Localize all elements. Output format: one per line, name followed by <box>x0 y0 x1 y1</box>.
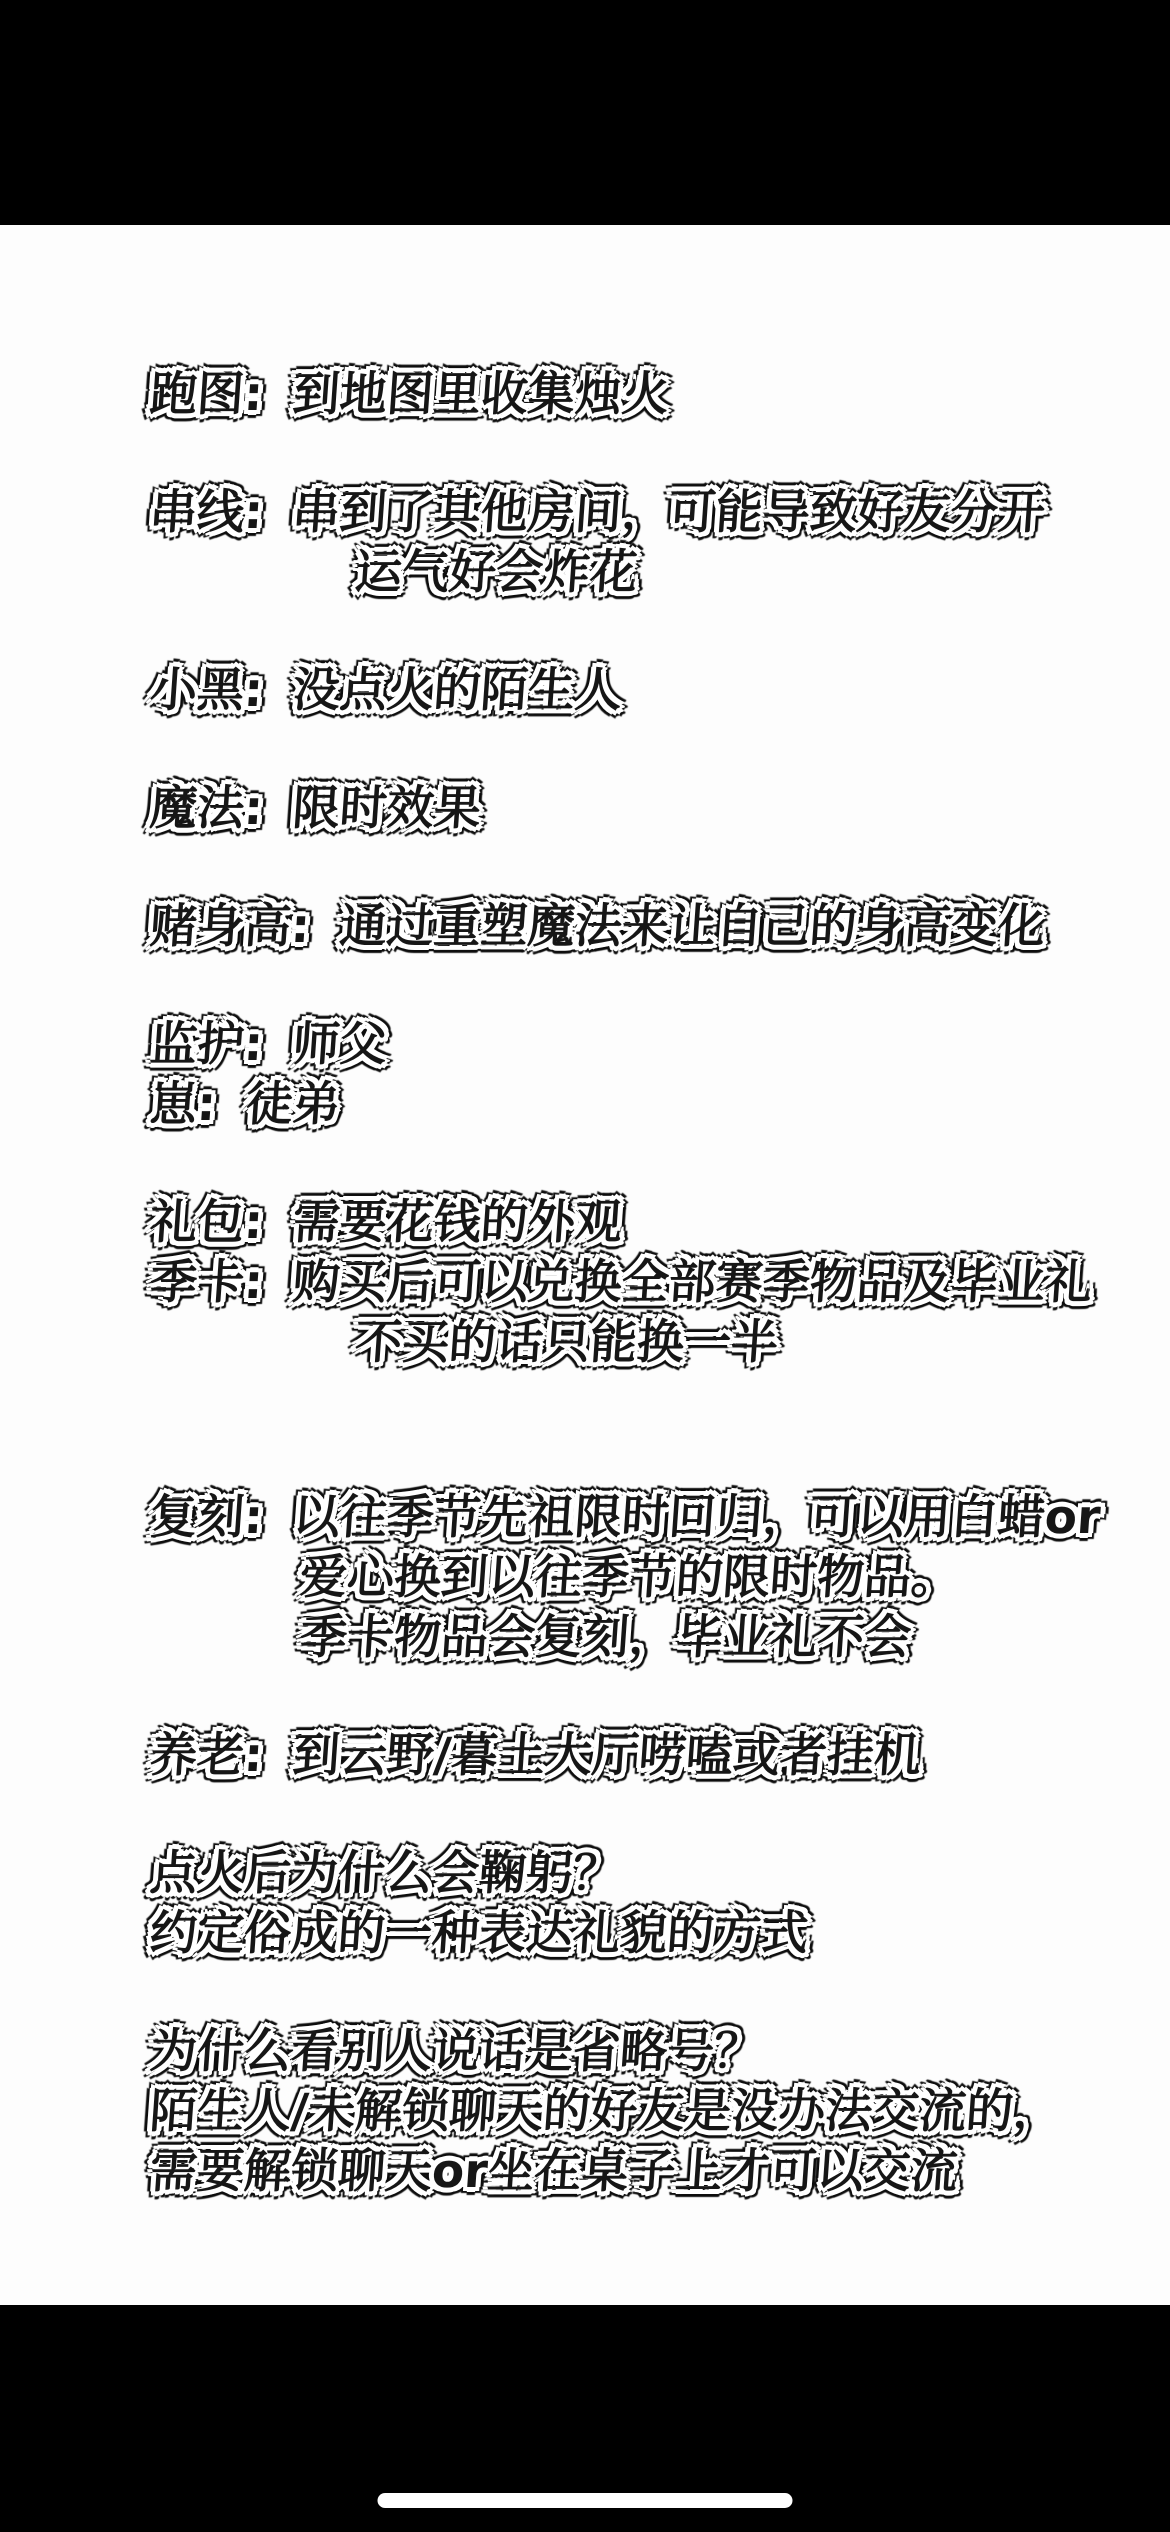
definition: 通过重塑魔法来让自己的身高变化 <box>338 899 1047 954</box>
glossary-line: 崽:徒弟 <box>148 1075 1162 1135</box>
glossary-entry: 魔法:限时效果 <box>150 779 1160 839</box>
phone-screen: 跑图:到地图里收集烛火串线:串到了其他房间，可能导致好友分开运气好会炸花小黑:没… <box>0 0 1170 2532</box>
definition: 购买后可以兑换全部赛季物品及毕业礼 <box>291 1255 1094 1310</box>
glossary-line: 赌身高:通过重塑魔法来让自己的身高变化 <box>148 897 1162 957</box>
term: 跑图: <box>148 367 265 422</box>
glossary-line: 约定俗成的一种表达礼貌的方式 <box>148 1904 1162 1964</box>
glossary-line: 季卡物品会复刻，毕业礼不会 <box>298 1608 1162 1668</box>
glossary-line: 陌生人/未解锁聊天的好友是没办法交流的， <box>148 2082 1162 2142</box>
term: 季卡: <box>148 1255 265 1310</box>
glossary-line: 爱心换到以往季节的限时物品。 <box>298 1548 1162 1608</box>
home-indicator[interactable] <box>378 2493 793 2508</box>
glossary-line: 养老:到云野/暮土大厅唠嗑或者挂机 <box>148 1726 1162 1786</box>
glossary-image: 跑图:到地图里收集烛火串线:串到了其他房间，可能导致好友分开运气好会炸花小黑:没… <box>0 225 1170 2305</box>
definition: 到地图里收集烛火 <box>291 367 671 422</box>
definition: 徒弟 <box>244 1077 342 1132</box>
glossary-entry: 点火后为什么会鞠躬？约定俗成的一种表达礼貌的方式 <box>150 1844 1160 1964</box>
glossary-line: 魔法:限时效果 <box>148 779 1162 839</box>
definition: 没点火的陌生人 <box>291 663 624 718</box>
glossary-line: 礼包:需要花钱的外观 <box>148 1193 1162 1253</box>
glossary-line: 运气好会炸花 <box>353 543 1162 603</box>
term: 小黑: <box>148 663 265 718</box>
term: 赌身高: <box>148 899 312 954</box>
glossary-line: 串线:串到了其他房间，可能导致好友分开 <box>148 483 1162 543</box>
glossary-line: 不买的话只能换一半 <box>353 1313 1162 1373</box>
glossary-entry: 养老:到云野/暮土大厅唠嗑或者挂机 <box>150 1726 1160 1786</box>
glossary-line: 小黑:没点火的陌生人 <box>148 661 1162 721</box>
glossary: 跑图:到地图里收集烛火串线:串到了其他房间，可能导致好友分开运气好会炸花小黑:没… <box>0 225 1170 2202</box>
top-letterbox <box>0 0 1170 225</box>
definition: 串到了其他房间，可能导致好友分开 <box>291 485 1047 540</box>
term: 养老: <box>148 1728 265 1783</box>
glossary-line: 监护:师父 <box>148 1015 1162 1075</box>
glossary-entry: 监护:师父崽:徒弟 <box>150 1015 1160 1135</box>
definition: 需要花钱的外观 <box>291 1195 624 1250</box>
glossary-entry: 赌身高:通过重塑魔法来让自己的身高变化 <box>150 897 1160 957</box>
bottom-letterbox <box>0 2305 1170 2532</box>
term: 礼包: <box>148 1195 265 1250</box>
glossary-entry: 跑图:到地图里收集烛火 <box>150 365 1160 425</box>
glossary-line: 季卡:购买后可以兑换全部赛季物品及毕业礼 <box>148 1253 1162 1313</box>
definition: 到云野/暮土大厅唠嗑或者挂机 <box>291 1728 923 1783</box>
term: 监护: <box>148 1017 265 1072</box>
term: 复刻: <box>148 1490 265 1545</box>
glossary-entry: 为什么看别人说话是省略号？陌生人/未解锁聊天的好友是没办法交流的，需要解锁聊天o… <box>150 2022 1160 2202</box>
definition: 师父 <box>291 1017 389 1072</box>
glossary-line: 跑图:到地图里收集烛火 <box>148 365 1162 425</box>
glossary-entry: 小黑:没点火的陌生人 <box>150 661 1160 721</box>
term: 崽: <box>148 1077 218 1132</box>
glossary-line: 复刻:以往季节先祖限时回归，可以用白蜡or <box>148 1488 1162 1548</box>
glossary-line: 点火后为什么会鞠躬？ <box>148 1844 1162 1904</box>
definition: 以往季节先祖限时回归，可以用白蜡or <box>291 1490 1102 1545</box>
glossary-line: 为什么看别人说话是省略号？ <box>148 2022 1162 2082</box>
glossary-line: 需要解锁聊天or坐在桌子上才可以交流 <box>148 2142 1162 2202</box>
term: 串线: <box>148 485 265 540</box>
glossary-entry: 串线:串到了其他房间，可能导致好友分开运气好会炸花 <box>150 483 1160 603</box>
glossary-entry: 礼包:需要花钱的外观季卡:购买后可以兑换全部赛季物品及毕业礼不买的话只能换一半 <box>150 1193 1160 1373</box>
glossary-entry: 复刻:以往季节先祖限时回归，可以用白蜡or爱心换到以往季节的限时物品。季卡物品会… <box>150 1488 1160 1668</box>
term: 魔法: <box>148 781 265 836</box>
definition: 限时效果 <box>291 781 483 836</box>
